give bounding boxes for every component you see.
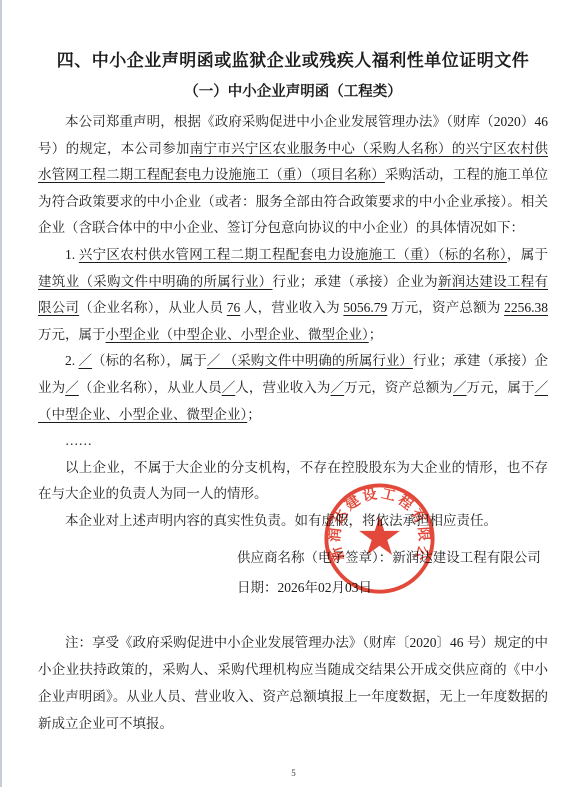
paragraph-ellipsis: ……	[38, 428, 548, 455]
signature-date-line: 日期：2026年02月03日	[237, 573, 548, 603]
paragraph-no-large-enterprise: 以上企业，不属于大企业的分支机构，不存在控股股东为大企业的情形，也不存在与大企业…	[38, 455, 548, 508]
signature-supplier-line: 供应商名称（电子签章）：新润达建设工程有限公司	[237, 543, 548, 573]
document-page: 四、中小企业声明函或监狱企业或残疾人福利性单位证明文件 （一）中小企业声明函（工…	[0, 0, 587, 787]
page-number: 5	[0, 768, 587, 778]
page-subtitle: （一）中小企业声明函（工程类）	[38, 82, 548, 102]
signature-block: 供应商名称（电子签章）：新润达建设工程有限公司 日期：2026年02月03日	[237, 543, 548, 603]
page-left-edge-divider	[0, 0, 2, 787]
paragraph-responsibility: 本企业对上述声明内容的真实性负责。如有虚假，将依法承担相应责任。	[38, 508, 548, 535]
paragraph-item-1: 1. 兴宁区农村供水管网工程二期工程配套电力设施施工（重）（标的名称），属于建筑…	[38, 242, 548, 348]
note-paragraph: 注：享受《政府采购促进中小企业发展管理办法》（财库〔2020〕46 号）规定的中…	[38, 629, 548, 737]
paragraph-declaration-intro: 本公司郑重声明，根据《政府采购促进中小企业发展管理办法》（财库（2020）46 …	[38, 109, 548, 242]
document-content: 四、中小企业声明函或监狱企业或残疾人福利性单位证明文件 （一）中小企业声明函（工…	[38, 50, 548, 750]
page-title: 四、中小企业声明函或监狱企业或残疾人福利性单位证明文件	[38, 50, 548, 72]
paragraph-item-2: 2. ／（标的名称），属于／ （采购文件中明确的所属行业）行业；承建（承接）企业…	[38, 348, 548, 428]
